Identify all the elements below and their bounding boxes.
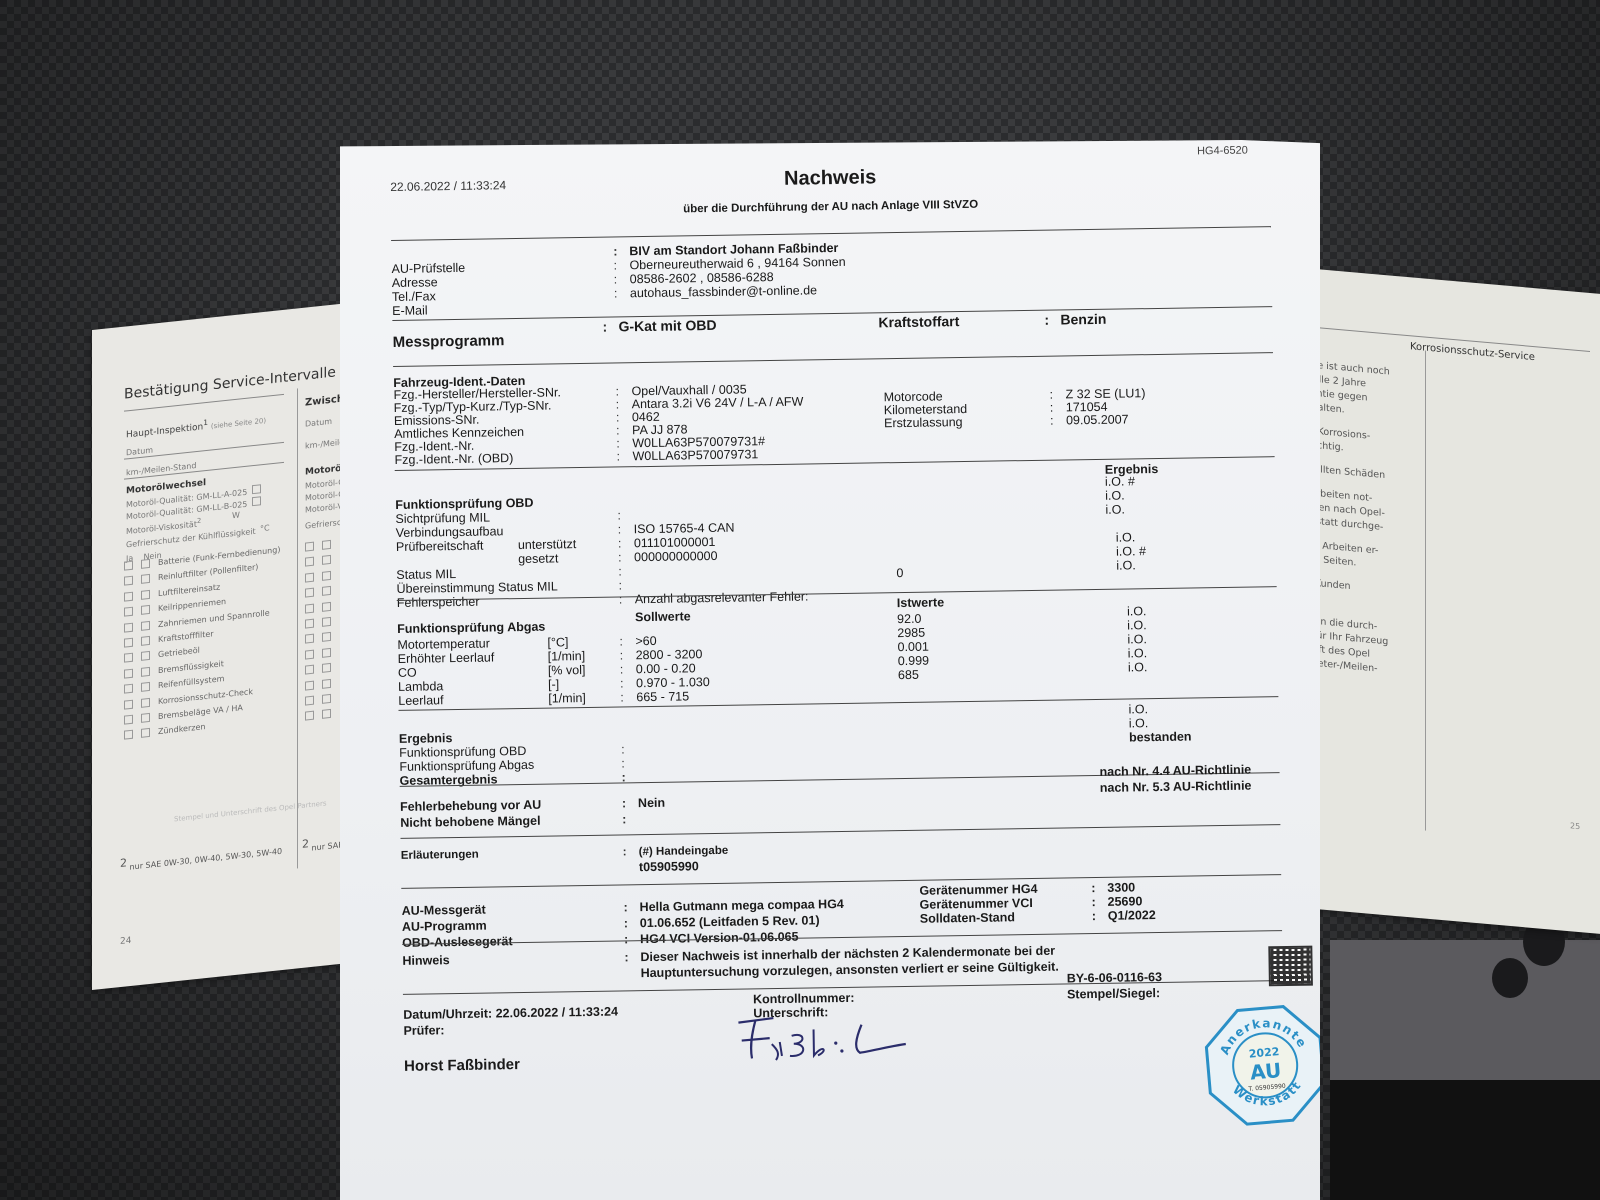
checkbox-no[interactable] [141, 713, 150, 723]
divider [393, 352, 1273, 367]
device-section: AU-Messgerät:Hella Gutmann mega compaa H… [401, 874, 1281, 888]
checkbox-no[interactable] [141, 682, 150, 692]
vehicle-section: Fahrzeug-Ident.-Daten Fzg.-Hersteller/He… [393, 352, 1273, 366]
repair-section: Fehlerbehebung vor AU:Nein Nicht behoben… [400, 772, 1280, 786]
obd-field-label: Status MIL [396, 567, 456, 582]
checkbox-no[interactable] [322, 555, 331, 565]
viscosity-unit: W [232, 510, 240, 520]
checkbox-no[interactable] [322, 571, 331, 581]
checkbox-no[interactable] [322, 709, 331, 719]
summary-result: i.O. [1128, 702, 1148, 716]
colon: : [624, 916, 628, 930]
colon: : [1091, 895, 1095, 909]
stamp-label: Stempel/Siegel: [1067, 986, 1160, 1001]
device-extra-value: 3300 [1107, 880, 1135, 894]
checkbox-no[interactable] [141, 728, 150, 738]
exhaust-unit: [°C] [547, 635, 568, 649]
checkbox-no[interactable] [141, 590, 150, 600]
footer-section: Datum/Uhrzeit: 22.06.2022 / 11:33:24 Prü… [403, 980, 1283, 994]
colon: : [616, 449, 620, 463]
colon: : [616, 397, 620, 411]
fix-value: Nein [638, 796, 665, 810]
exhaust-actual: 0.999 [898, 654, 929, 668]
checkbox-no[interactable] [322, 617, 331, 627]
station-field-label: Adresse [392, 275, 438, 290]
checkbox-yes[interactable] [305, 619, 314, 629]
colon: : [619, 592, 623, 606]
checkbox-no[interactable] [322, 648, 331, 658]
divider [401, 874, 1281, 889]
vehicle-extra-label: Erstzulassung [884, 415, 963, 430]
exhaust-actual: 685 [898, 668, 919, 682]
device-extra-value: Q1/2022 [1108, 908, 1156, 923]
checkbox[interactable] [252, 496, 261, 506]
obd-field-value: Anzahl abgasrelevanter Fehler: [635, 589, 809, 606]
exhaust-field-label: Leerlauf [398, 693, 443, 708]
colon: : [616, 410, 620, 424]
divider [391, 226, 1271, 241]
exhaust-target: 665 - 715 [636, 689, 689, 704]
colon: : [1092, 909, 1096, 923]
divider [392, 306, 1272, 321]
checkbox-yes[interactable] [124, 730, 133, 740]
notes-line-1: (#) Handeingabe [639, 845, 729, 858]
exhaust-target: 0.00 - 0.20 [636, 661, 696, 676]
colon: : [620, 648, 624, 662]
exhaust-heading: Funktionsprüfung Abgas [397, 620, 545, 636]
column-divider [297, 388, 298, 868]
exhaust-unit: [-] [548, 677, 559, 691]
exhaust-result: i.O. [1127, 604, 1147, 618]
checkbox-no[interactable] [141, 605, 150, 615]
station-field-label: AU-Prüfstelle [391, 261, 465, 276]
obd-result: i.O. [1116, 530, 1136, 544]
obd-field-label: Fehlerspeicher [397, 595, 480, 610]
checkbox-no[interactable] [141, 574, 150, 584]
document-subtitle: über die Durchführung der AU nach Anlage… [391, 194, 1271, 220]
fuel-value: Benzin [1060, 311, 1106, 328]
checkbox-yes[interactable] [124, 622, 133, 632]
colon: : [618, 522, 622, 536]
obd-field-sub: unterstützt [518, 537, 577, 552]
checkbox-yes[interactable] [305, 665, 314, 675]
unresolved-label: Nicht behobene Mängel [400, 814, 540, 830]
exhaust-unit: [% vol] [548, 663, 586, 678]
notes-label: Erläuterungen [401, 849, 479, 862]
colon: : [1050, 401, 1054, 415]
colon: : [619, 634, 623, 648]
page-number: 24 [120, 936, 131, 947]
antifreeze-unit: °C [260, 523, 270, 533]
device-extra-value: 25690 [1107, 894, 1142, 909]
measurement-program-section: Messprogramm :G-Kat mit OBD Kraftstoffar… [392, 306, 1272, 320]
checkbox-yes[interactable] [305, 588, 314, 598]
colon: : [616, 423, 620, 437]
exhaust-actual: 0.001 [897, 640, 928, 654]
obd-field-label: Übereinstimmung Status MIL [396, 579, 557, 596]
checkbox-no[interactable] [322, 694, 331, 704]
obd-field-label: Sichtprüfung MIL [395, 510, 490, 525]
obd-heading: Funktionsprüfung OBD [395, 496, 533, 512]
checkbox-yes[interactable] [124, 638, 133, 648]
exhaust-result: i.O. [1127, 632, 1147, 646]
second-column-item: Motoröl [305, 463, 344, 477]
checkbox-yes[interactable] [305, 650, 314, 660]
exhaust-actual: 92.0 [897, 612, 922, 626]
footnote-mark: 2 [302, 837, 309, 851]
exhaust-result: i.O. [1127, 618, 1147, 632]
summary-heading: Ergebnis [399, 731, 453, 746]
hint-section: Hinweis:Dieser Nachweis ist innerhalb de… [402, 930, 1282, 944]
colon: : [617, 508, 621, 522]
obd-field-label: Prüfbereitschaft [396, 539, 484, 554]
checkbox-no[interactable] [322, 679, 331, 689]
column-divider [1425, 351, 1426, 831]
exhaust-result: i.O. [1128, 660, 1148, 674]
fault-count: 0 [896, 566, 903, 580]
fix-label: Fehlerbehebung vor AU [400, 798, 541, 814]
checkbox-yes[interactable] [124, 607, 133, 617]
colon: : [618, 550, 622, 564]
obd-result: i.O. [1105, 502, 1125, 516]
second-column-item: Datum [305, 417, 332, 429]
checkbox-yes[interactable] [124, 684, 133, 694]
program-label: Messprogramm [393, 332, 505, 351]
summary-label: Funktionsprüfung Abgas [399, 758, 534, 774]
obd-result: i.O. [1105, 489, 1125, 503]
obd-result: i.O. # [1105, 474, 1135, 488]
checkbox-no[interactable] [322, 602, 331, 612]
colon: : [1091, 881, 1095, 895]
checkbox-no[interactable] [141, 698, 150, 708]
document-id: HG4-6520 [1197, 145, 1248, 158]
guideline-2: nach Nr. 5.3 AU-Richtlinie [1100, 779, 1252, 795]
colon: : [616, 436, 620, 450]
control-number-label: Kontrollnummer: [753, 991, 855, 1007]
exhaust-result: i.O. [1128, 646, 1148, 660]
colon: : [618, 578, 622, 592]
obd-field-value: ISO 15765-4 CAN [634, 521, 735, 537]
checkbox-no[interactable] [322, 632, 331, 642]
checklist-item [305, 706, 339, 725]
obd-field-value: 011101000001 [634, 535, 716, 550]
colon: : [620, 662, 624, 676]
exhaust-unit: [1/min] [548, 691, 586, 706]
summary-result: i.O. [1129, 716, 1149, 730]
colon: : [615, 384, 619, 398]
second-column-item: Motoröl-Vi [305, 501, 345, 514]
main-inspection-note: (siehe Seite 20) [211, 417, 266, 431]
checkbox-yes[interactable] [305, 680, 314, 690]
seat-perforation [1492, 958, 1528, 998]
obd-result: i.O. # [1116, 544, 1146, 558]
exhaust-target: >60 [635, 634, 656, 648]
exhaust-field-label: Lambda [398, 679, 443, 694]
footnote: nur SAE 0W-30, 0W-40, 5W-30, 5W-40 [130, 847, 283, 872]
checkbox-no[interactable] [322, 540, 331, 550]
obd-result: i.O. [1116, 558, 1136, 572]
colon: : [621, 756, 625, 770]
fuel-label: Kraftstoffart [878, 313, 959, 330]
obd-test-section: Ergebnis Funktionsprüfung OBD Sichtprüfu… [395, 456, 1275, 470]
colon: : [624, 900, 628, 914]
station-email[interactable]: autohaus_fassbinder@t-online.de [630, 283, 817, 300]
exhaust-field-label: Motortemperatur [397, 636, 490, 651]
datetime-label: Datum/Uhrzeit: [403, 1007, 492, 1022]
actual-heading: Istwerte [897, 595, 944, 610]
car-floor [1330, 1080, 1600, 1200]
checkbox-no[interactable] [141, 651, 150, 661]
main-inspection-label: Haupt-Inspektion [126, 422, 203, 440]
page-number: 25 [1570, 821, 1580, 831]
guideline-1: nach Nr. 4.4 AU-Richtlinie [1099, 763, 1251, 779]
datamatrix-code-icon [1268, 946, 1313, 987]
checkbox-yes[interactable] [124, 561, 133, 571]
inspector-label: Prüfer: [403, 1023, 444, 1038]
car-seat-edge [1330, 940, 1600, 1080]
au-certificate: 22.06.2022 / 11:33:24 HG4-6520 Nachweis … [340, 140, 1320, 1200]
device-value: Hella Gutmann mega compaa HG4 [639, 897, 843, 914]
checkbox-yes[interactable] [305, 572, 314, 582]
vehicle-field-label: Fzg.-Ident.-Nr. (OBD) [394, 451, 513, 467]
colon: : [621, 742, 625, 756]
device-extra-label: Solldaten-Stand [920, 910, 1015, 925]
vehicle-extra-value: 09.05.2007 [1066, 412, 1129, 427]
device-value: 01.06.652 (Leitfaden 5 Rev. 01) [640, 913, 820, 930]
exhaust-unit: [1/min] [548, 649, 586, 664]
device-extra-label: Gerätenummer VCI [919, 896, 1032, 912]
checkbox-yes[interactable] [124, 715, 133, 725]
program-value: G-Kat mit OBD [618, 317, 716, 335]
colon: : [620, 676, 624, 690]
station-field-label: E-Mail [392, 303, 428, 318]
notes-line-2: t05905990 [639, 859, 699, 874]
vehicle-field-value: W0LLA63P570079731 [632, 447, 758, 463]
checkbox-no[interactable] [322, 586, 331, 596]
divider [402, 930, 1282, 945]
target-heading: Sollwerte [635, 609, 691, 624]
checkbox-yes[interactable] [124, 592, 133, 602]
checkbox-yes[interactable] [305, 557, 314, 567]
device-label: AU-Programm [402, 919, 487, 934]
station-field-label: Tel./Fax [392, 289, 436, 304]
colon: : [620, 690, 624, 704]
obd-field-value: 000000000000 [634, 549, 718, 564]
exhaust-field-label: CO [398, 666, 417, 680]
checkbox-yes[interactable] [305, 603, 314, 613]
checklist-item-label: Kraftstofffilter [158, 629, 214, 644]
summary-result: bestanden [1129, 729, 1192, 744]
checkbox-no[interactable] [141, 559, 150, 569]
au-seal-icon: Anerkannte Werkstatt 2022 AU T. 05905990 [1199, 999, 1331, 1131]
obd-field-sub: gesetzt [518, 551, 559, 566]
exhaust-target: 0.970 - 1.030 [636, 675, 710, 690]
checkbox[interactable] [252, 484, 261, 494]
datetime-value: 22.06.2022 / 11:33:24 [496, 1005, 619, 1021]
checkbox-yes[interactable] [124, 669, 133, 679]
second-column-item: Motoröl-Q [305, 489, 345, 502]
checkbox-yes[interactable] [124, 699, 133, 709]
colon: : [1050, 388, 1054, 402]
svg-text:AU: AU [1249, 1058, 1282, 1085]
footnote-mark: 2 [120, 856, 127, 870]
obd-field-label: Verbindungsaufbau [396, 524, 504, 540]
hint-label: Hinweis [402, 953, 449, 968]
colon: : [618, 536, 622, 550]
checkbox-yes[interactable] [305, 696, 314, 706]
exhaust-actual: 2985 [897, 626, 925, 640]
checkbox-yes[interactable] [305, 634, 314, 644]
checkbox-no[interactable] [322, 663, 331, 673]
second-column-item: Motoröl-Q [305, 477, 345, 490]
document-title: Nachweis [390, 160, 1270, 197]
exhaust-field-label: Erhöhter Leerlauf [398, 650, 495, 666]
colon: : [618, 564, 622, 578]
device-label: AU-Messgerät [402, 903, 486, 918]
checklist-item-label: Zündkerzen [158, 723, 205, 737]
checkbox-yes[interactable] [305, 711, 314, 721]
checkbox-no[interactable] [141, 667, 150, 677]
stamp-id: BY-6-06-0116-63 [1067, 970, 1162, 985]
testing-station-section: AU-PrüfstelleAdresseTel./FaxE-Mail :BIV … [391, 226, 1271, 240]
exhaust-target: 2800 - 3200 [636, 647, 703, 662]
summary-section: Ergebnis Funktionsprüfung OBD:i.O.Funkti… [398, 696, 1278, 710]
checkbox-no[interactable] [141, 636, 150, 646]
checkbox-yes[interactable] [124, 576, 133, 586]
checkbox-no[interactable] [141, 621, 150, 631]
inspector-name: Horst Faßbinder [404, 1056, 520, 1075]
checklist-item-label: Getriebeöl [158, 646, 200, 659]
service-checklist: Batterie (Funk-Fernbedienung)Reinluftfil… [124, 542, 280, 743]
colon: : [1050, 414, 1054, 428]
vehicle-field-value: Antara 3.2i V6 24V / L-A / AFW [632, 395, 804, 412]
checkbox-yes[interactable] [124, 653, 133, 663]
second-column-checkboxes [305, 536, 339, 724]
checkbox-yes[interactable] [305, 542, 314, 552]
stamp-placeholder-text: Stempel und Unterschrift des Opel Partne… [174, 799, 326, 823]
handwritten-signature [733, 1012, 924, 1075]
